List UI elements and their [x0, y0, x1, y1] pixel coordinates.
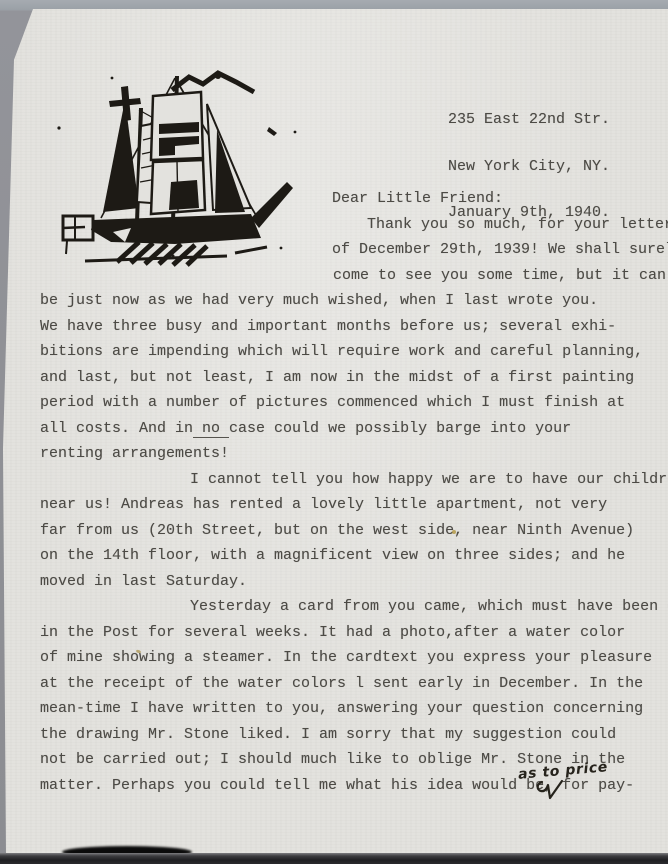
- letter-line: all costs. And in no case could we possi…: [0, 416, 668, 442]
- ink-speck: [452, 530, 456, 534]
- letter-line-segment: case could we possibly barge into your: [229, 420, 571, 437]
- letter-line: Thank you so much, for your letter: [0, 212, 668, 238]
- letter-line: of mine showing a steamer. In the cardte…: [0, 645, 668, 671]
- letter-line: in the Post for several weeks. It had a …: [0, 620, 668, 646]
- letter-line: on the 14th floor, with a magnificent vi…: [0, 543, 668, 569]
- letter-line: of December 29th, 1939! We shall surely: [0, 237, 668, 263]
- scan-bottom-edge: [0, 853, 668, 864]
- letter-line: mean-time I have written to you, answeri…: [0, 696, 668, 722]
- letter-body: Dear Little Friend: Thank you so much, f…: [0, 186, 668, 798]
- letter-line: near us! Andreas has rented a lovely lit…: [0, 492, 668, 518]
- letter-line: bitions are impending which will require…: [0, 339, 668, 365]
- letter-line-segment: all costs. And in: [40, 420, 193, 437]
- insertion-caret-icon: [536, 779, 564, 801]
- letter-line: We have three busy and important months …: [0, 314, 668, 340]
- letter-line: Yesterday a card from you came, which mu…: [0, 594, 668, 620]
- letter-line: the drawing Mr. Stone liked. I am sorry …: [0, 722, 668, 748]
- letter-line: moved in last Saturday.: [0, 569, 668, 595]
- scanned-letter-photo: 235 East 22nd Str. New York City, NY. Ja…: [0, 0, 668, 864]
- pennant-zigzag: [172, 73, 254, 92]
- underlined-word: no: [193, 420, 229, 438]
- salutation: Dear Little Friend:: [0, 186, 668, 212]
- sender-address-line-1: 235 East 22nd Str.: [448, 112, 610, 128]
- letter-line: come to see you some time, but it can't: [0, 263, 668, 289]
- letter-line: far from us (20th Street, but on the wes…: [0, 518, 668, 544]
- letter-line: and last, but not least, I am now in the…: [0, 365, 668, 391]
- letter-line: renting arrangements!: [0, 441, 668, 467]
- letter-line: period with a number of pictures commenc…: [0, 390, 668, 416]
- sender-address-line-2: New York City, NY.: [448, 159, 610, 175]
- letter-line: be just now as we had very much wished, …: [0, 288, 668, 314]
- letter-line: at the receipt of the water colors l sen…: [0, 671, 668, 697]
- letter-line: I cannot tell you how happy we are to ha…: [0, 467, 668, 493]
